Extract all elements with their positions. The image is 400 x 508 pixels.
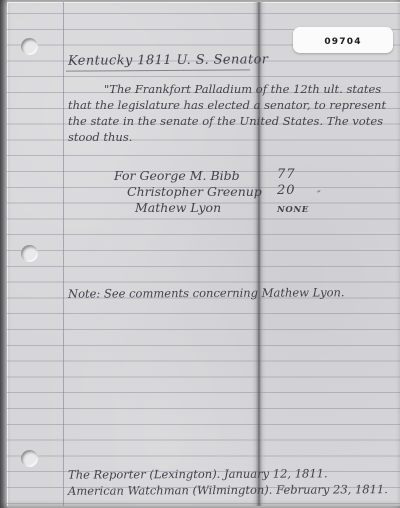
- punch-hole-top: [21, 38, 38, 55]
- punch-hole-middle: [21, 245, 38, 262]
- margin-line: [63, 2, 64, 506]
- paragraph-line-4: stood thus.: [68, 129, 132, 145]
- ditto-mark: ″: [317, 188, 321, 204]
- catalog-number: 09704: [324, 37, 361, 47]
- vote-count: 77: [277, 167, 296, 183]
- citation-line-2: American Watchman (Wilmington). February…: [68, 481, 388, 499]
- catalog-number-label: 09704: [293, 27, 393, 53]
- vote-candidate: For George M. Bibb: [114, 168, 240, 184]
- paragraph-line-1: "The Frankfort Palladium of the 12th ult…: [104, 81, 381, 97]
- punch-hole-bottom: [21, 450, 38, 467]
- note-line: Note: See comments concerning Mathew Lyo…: [68, 284, 345, 301]
- vote-candidate: Christopher Greenup: [127, 184, 262, 200]
- vote-count: NONE: [277, 202, 309, 218]
- citation-line-1: The Reporter (Lexington). January 12, 18…: [68, 465, 328, 482]
- vote-candidate: Mathew Lyon: [135, 200, 221, 216]
- notebook-paper: 09704 Kentucky 1811 U. S. Senator "The F…: [7, 2, 400, 506]
- fold-crease: [252, 2, 266, 506]
- paragraph-line-3: the state in the senate of the United St…: [68, 113, 383, 129]
- scanned-page: 09704 Kentucky 1811 U. S. Senator "The F…: [0, 0, 400, 508]
- paragraph-line-2: that the legislature has elected a senat…: [68, 97, 386, 113]
- page-title: Kentucky 1811 U. S. Senator: [68, 52, 269, 69]
- vote-count: 20: [277, 183, 296, 199]
